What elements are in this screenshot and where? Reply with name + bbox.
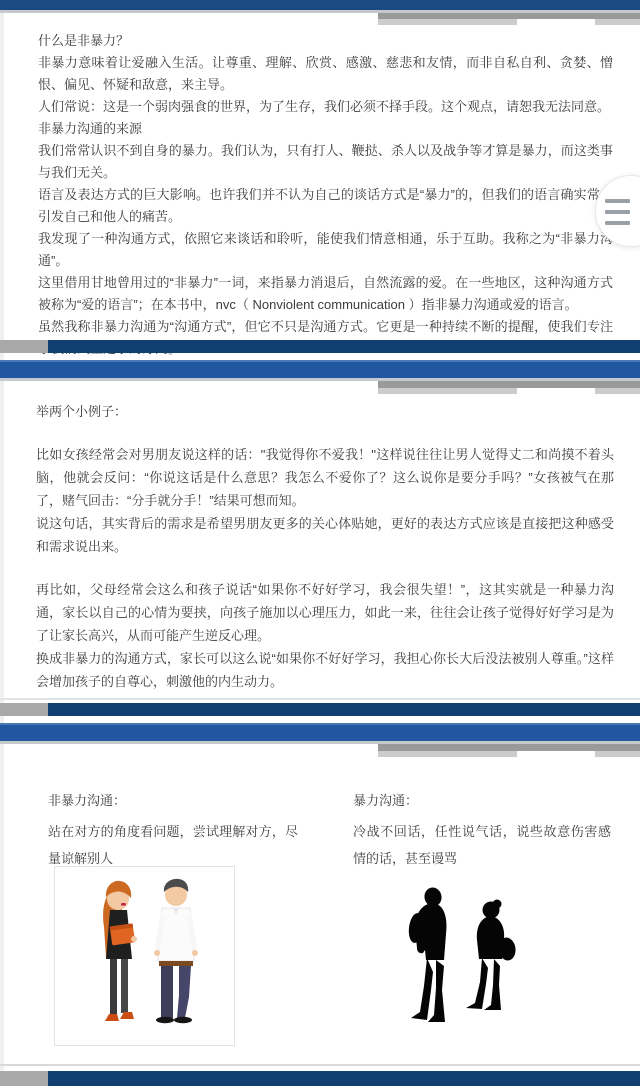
slide-what-is-nonviolence: 什么是非暴力？ 非暴力意味着让爱融入生活。让尊重、理解、欣赏、感激、慈悲和友情，… — [38, 30, 613, 360]
separator1-strip-notch — [517, 388, 595, 394]
top-right-light-strip — [378, 19, 640, 25]
top-navy-bar — [0, 0, 640, 10]
separator1-gray-block — [0, 340, 48, 353]
paragraph: 非暴力沟通的来源 — [38, 118, 613, 140]
paragraph: 什么是非暴力？ — [38, 30, 613, 52]
paragraph: 这里借用甘地曾用过的“非暴力”一词，来指暴力消退后，自然流露的爱。在一些地区，这… — [38, 272, 613, 316]
paragraph: 非暴力意味着让爱融入生活。让尊重、理解、欣赏、感激、慈悲和友情，而非自私自利、贪… — [38, 52, 613, 96]
paragraph: 语言及表达方式的巨大影响。也许我们并不认为自己的谈话方式是“暴力”的，但我们的语… — [38, 184, 613, 228]
separator2-navy-bar — [48, 703, 640, 716]
paragraph: 再比如，父母经常会这么和孩子说话“如果你不好好学习，我会很失望！”，这其实就是一… — [36, 578, 614, 647]
silhouette-couple-talking-icon — [403, 886, 528, 1031]
page-left-edge — [0, 0, 4, 1086]
separator2-thin-line — [0, 698, 640, 700]
column-title: 非暴力沟通： — [48, 790, 298, 812]
slide-two-examples: 举两个小例子： 比如女孩经常会对男朋友说这样的话："我觉得你不爱我！"这样说往往… — [36, 400, 614, 693]
column-nonviolent-communication: 非暴力沟通： 站在对方的角度看问题，尝试理解对方，尽量谅解别人 — [48, 790, 298, 872]
paragraph: 举两个小例子： — [36, 400, 614, 423]
top-right-strip-notch — [517, 19, 595, 25]
paragraph: 虽然我称非暴力沟通为“沟通方式”，但它不只是沟通方式。它更是一种持续不断的提醒，… — [38, 316, 613, 360]
bottom-navy-bar — [48, 1071, 640, 1086]
separator2-right-dark-strip — [378, 744, 640, 751]
paragraph: 我们常常认识不到自身的暴力。我们认为，只有打人、鞭挞、杀人以及战争等才算是暴力，… — [38, 140, 613, 184]
paragraph: 我发现了一种沟通方式，依照它来谈话和聆听，能使我们情意相通，乐于互助。我称之为“… — [38, 228, 613, 272]
paragraph: 比如女孩经常会对男朋友说这样的话："我觉得你不爱我！"这样说往往让男人觉得丈二和… — [36, 443, 614, 512]
separator2-gray-block — [0, 703, 48, 716]
column-title: 暴力沟通： — [353, 790, 611, 812]
paragraph: 说这句话，其实背后的需求是希望男朋友更多的关心体贴她，更好的表达方式应该是直接把… — [36, 512, 614, 558]
bottom-thin-line — [0, 1064, 640, 1066]
separator2-strip-notch — [517, 751, 595, 757]
separator1-right-light-strip — [378, 388, 640, 394]
separator2-blue-bar — [0, 723, 640, 741]
column-body: 冷战不回话，任性说气话，说些故意伤害感情的话，甚至谩骂 — [353, 818, 611, 872]
separator1-right-dark-strip — [378, 381, 640, 388]
bottom-gray-block — [0, 1071, 48, 1086]
column-body: 站在对方的角度看问题，尝试理解对方，尽量谅解别人 — [48, 818, 298, 872]
separator1-navy-bar — [48, 340, 640, 353]
document-page: 什么是非暴力？ 非暴力意味着让爱融入生活。让尊重、理解、欣赏、感激、慈悲和友情，… — [0, 0, 640, 1086]
column-violent-communication: 暴力沟通： 冷战不回话，任性说气话，说些故意伤害感情的话，甚至谩骂 — [353, 790, 611, 872]
cartoon-couple-talking-icon — [54, 866, 235, 1046]
paragraph: 人们常说：这是一个弱肉强食的世界，为了生存，我们必须不择手段。这个观点，请恕我无… — [38, 96, 613, 118]
paragraph: 换成非暴力的沟通方式，家长可以这么说“如果你不好好学习，我担心你长大后没法被别人… — [36, 647, 614, 693]
separator1-blue-bar — [0, 360, 640, 378]
separator2-right-light-strip — [378, 751, 640, 757]
